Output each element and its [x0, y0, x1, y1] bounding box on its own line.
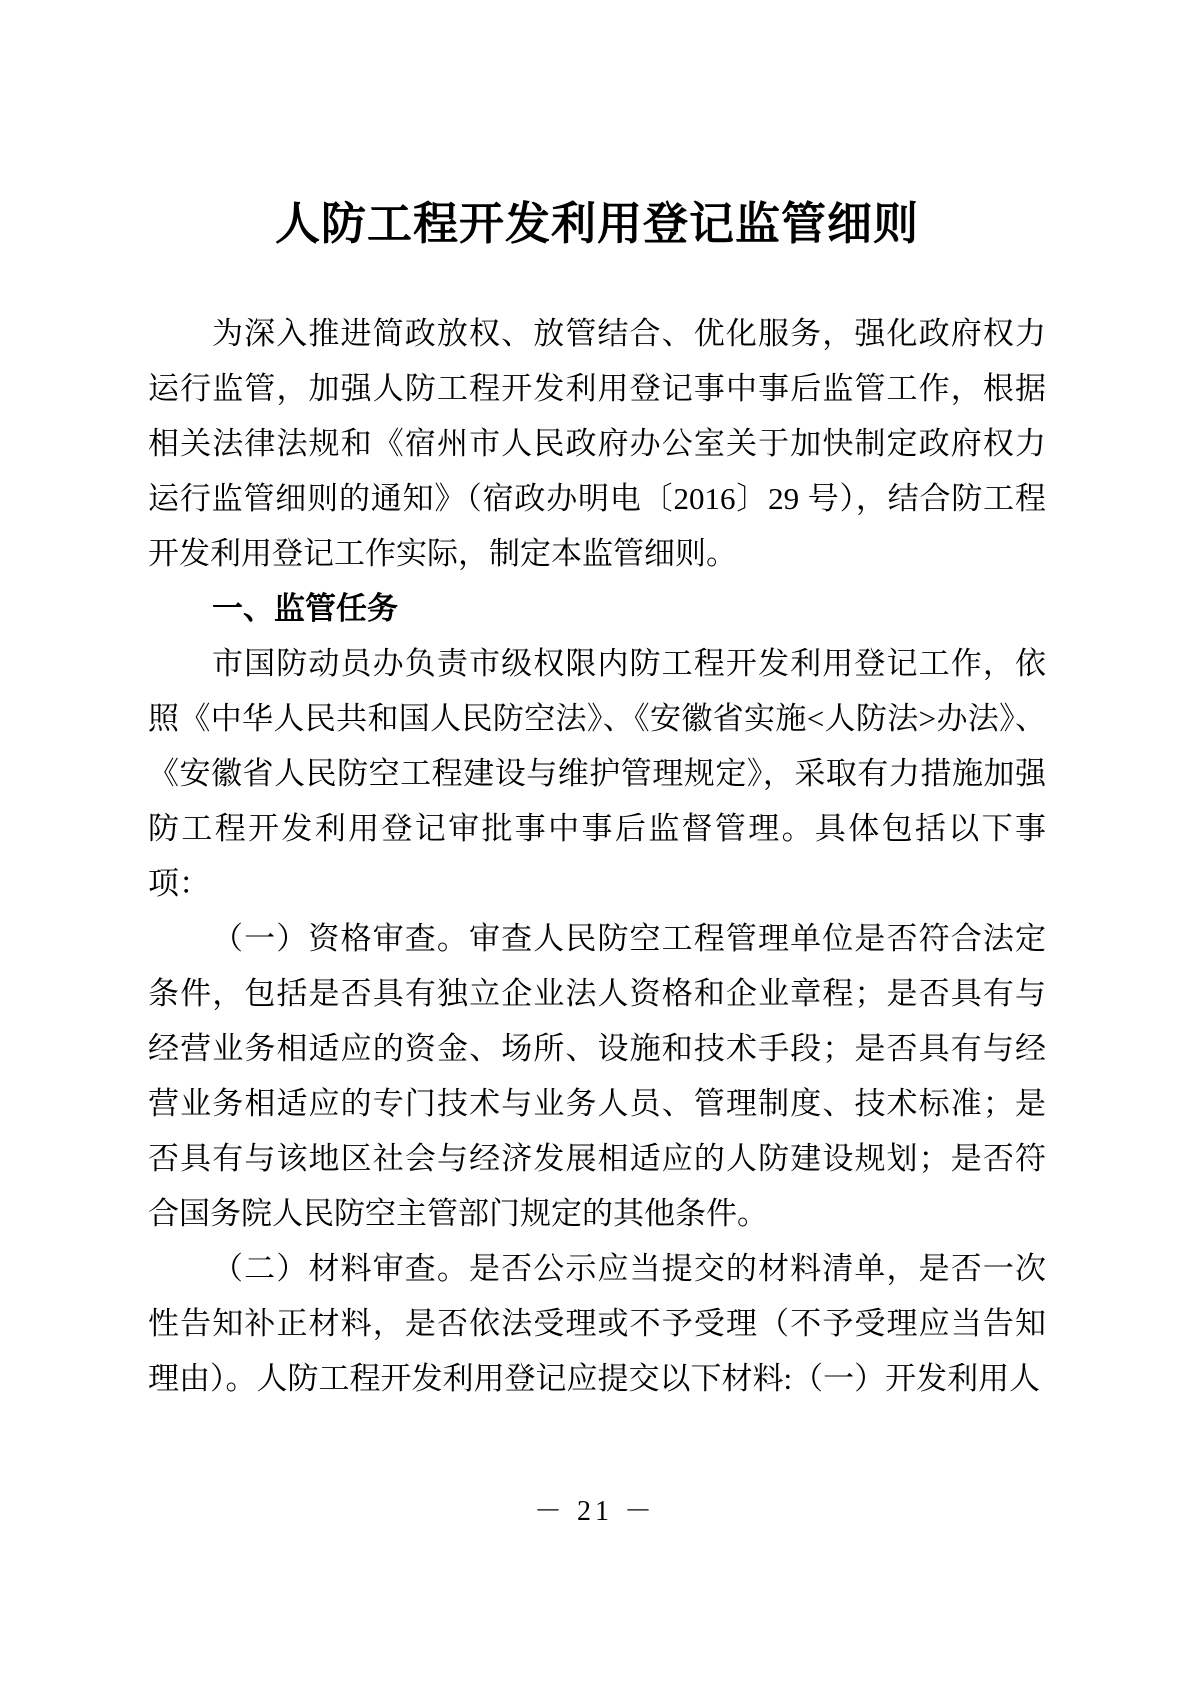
document-content: 人防工程开发利用登记监管细则 为深入推进简政放权、放管结合、优化服务，强化政府权… [148, 192, 1046, 1406]
paragraph-supervision-tasks: 市国防动员办负责市级权限内防工程开发利用登记工作，依照《中华人民共和国人民防空法… [148, 636, 1046, 911]
paragraph-intro: 为深入推进简政放权、放管结合、优化服务，强化政府权力运行监管，加强人防工程开发利… [148, 306, 1046, 581]
document-page: 人防工程开发利用登记监管细则 为深入推进简政放权、放管结合、优化服务，强化政府权… [0, 0, 1190, 1683]
document-title: 人防工程开发利用登记监管细则 [148, 192, 1046, 256]
page-number: － 21 － [0, 1492, 1190, 1532]
paragraph-material-review: （二）材料审查。是否公示应当提交的材料清单，是否一次性告知补正材料，是否依法受理… [148, 1241, 1046, 1406]
paragraph-qualification-review: （一）资格审查。审查人民防空工程管理单位是否符合法定条件，包括是否具有独立企业法… [148, 911, 1046, 1241]
section-heading-supervision-tasks: 一、监管任务 [148, 581, 1046, 636]
